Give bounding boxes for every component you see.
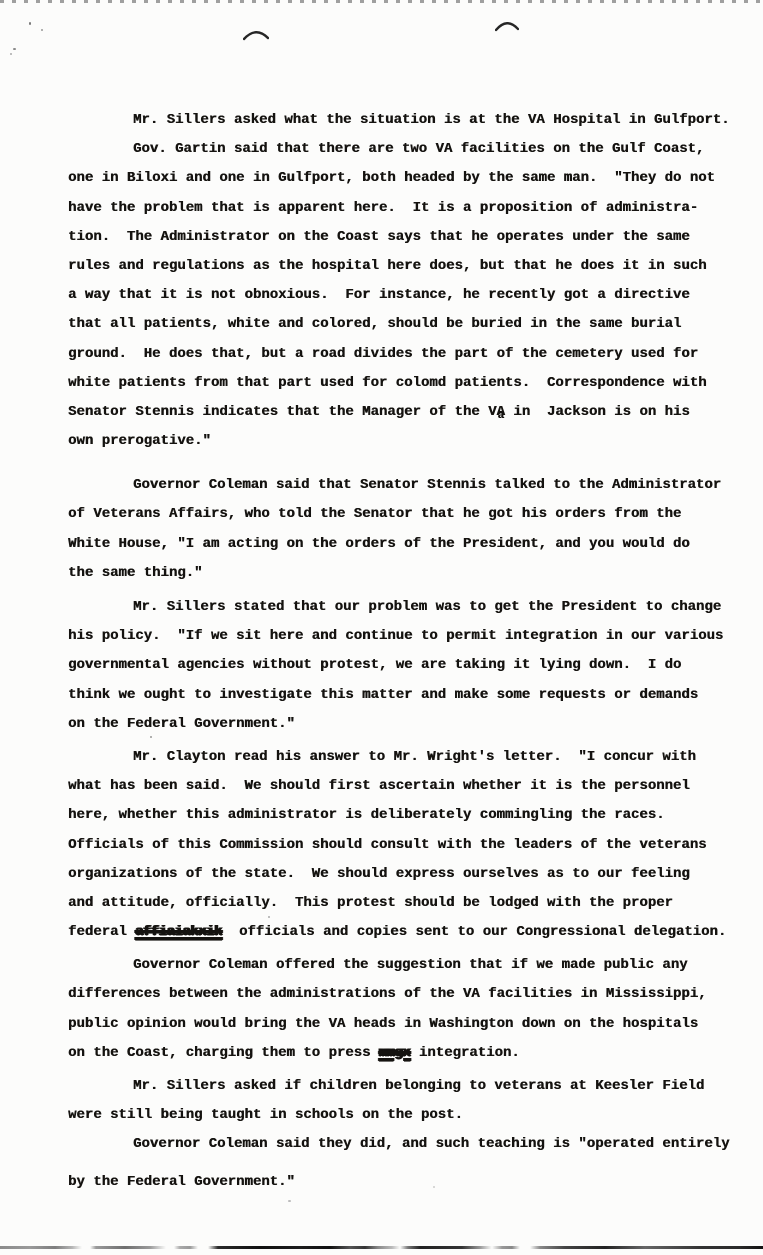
scan-speck <box>29 22 31 25</box>
text-segment: public opinion would bring the VA heads … <box>68 1016 698 1032</box>
text-line: of Veterans Affairs, who told the Senato… <box>68 500 748 529</box>
paragraph: Mr. Clayton read his answer to Mr. Wrigh… <box>68 743 748 947</box>
text-line: Mr. Sillers asked what the situation is … <box>68 106 748 135</box>
text-line: governmental agencies without protest, w… <box>68 651 748 680</box>
overstruck-character: Aa <box>496 398 504 427</box>
text-line: Mr. Sillers stated that our problem was … <box>68 593 748 622</box>
text-segment: Governor Coleman said that Senator Stenn… <box>133 477 721 493</box>
text-line: think we ought to investigate this matte… <box>68 681 748 710</box>
text-segment: what has been said. We should first asce… <box>68 778 690 794</box>
text-segment: integration. <box>410 1045 519 1061</box>
paragraph: Mr. Sillers stated that our problem was … <box>68 593 748 739</box>
document-text: Mr. Sillers asked what the situation is … <box>68 106 748 1197</box>
text-segment: in Jackson is on his <box>505 404 690 420</box>
text-line: Mr. Sillers asked if children belonging … <box>68 1072 748 1101</box>
text-segment: here, whether this administrator is deli… <box>68 807 665 823</box>
text-line: ground. He does that, but a road divides… <box>68 340 748 369</box>
scan-speck <box>288 1200 291 1202</box>
text-segment: by the Federal Government." <box>68 1174 295 1190</box>
paragraph: Mr. Sillers asked if children belonging … <box>68 1072 748 1130</box>
text-segment: and attitude, officially. This protest s… <box>68 895 673 911</box>
text-segment: on the Coast, charging them to press <box>68 1045 379 1061</box>
text-segment: have the problem that is apparent here. … <box>68 200 698 216</box>
paragraph: Governor Coleman said they did, and such… <box>68 1130 748 1159</box>
paragraph: by the Federal Government." <box>68 1168 748 1197</box>
text-segment: a way that it is not obnoxious. For inst… <box>68 287 690 303</box>
text-line: own prerogative." <box>68 427 748 456</box>
text-line: on the Coast, charging them to press mmg… <box>68 1039 748 1068</box>
text-segment: the same thing." <box>68 565 202 581</box>
scan-speck <box>10 53 12 55</box>
text-segment: ground. He does that, but a road divides… <box>68 346 698 362</box>
text-line: on the Federal Government." <box>68 710 748 739</box>
text-line: Governor Coleman said they did, and such… <box>68 1130 748 1159</box>
text-line: were still being taught in schools on th… <box>68 1101 748 1130</box>
text-segment: rules and regulations as the hospital he… <box>68 258 707 274</box>
pen-arc-mark-left <box>243 29 269 43</box>
text-segment: tion. The Administrator on the Coast say… <box>68 229 690 245</box>
text-segment: Mr. Sillers asked what the situation is … <box>133 112 730 128</box>
text-segment: White House, "I am acting on the orders … <box>68 536 690 552</box>
text-line: differences between the administrations … <box>68 980 748 1009</box>
text-line: what has been said. We should first asce… <box>68 772 748 801</box>
scan-speck <box>433 1186 435 1188</box>
typo-correction-letter: a <box>497 411 504 422</box>
text-line: organizations of the state. We should ex… <box>68 860 748 889</box>
scan-edge-dotted-line <box>0 0 763 3</box>
text-line: Gov. Gartin said that there are two VA f… <box>68 135 748 164</box>
scan-edge-bottom-line <box>0 1246 763 1249</box>
text-line: white patients from that part used for c… <box>68 369 748 398</box>
text-segment: Senator Stennis indicates that the Manag… <box>68 404 496 420</box>
text-line: the same thing." <box>68 559 748 588</box>
text-line: a way that it is not obnoxious. For inst… <box>68 281 748 310</box>
text-segment: governmental agencies without protest, w… <box>68 657 681 673</box>
text-line: tion. The Administrator on the Coast say… <box>68 223 748 252</box>
text-line: by the Federal Government." <box>68 1168 748 1197</box>
text-segment: differences between the administrations … <box>68 986 707 1002</box>
text-segment: think we ought to investigate this matte… <box>68 687 698 703</box>
text-segment: were still being taught in schools on th… <box>68 1107 463 1123</box>
text-line: federal affiaiakxik officials and copies… <box>68 918 748 947</box>
text-line: public opinion would bring the VA heads … <box>68 1010 748 1039</box>
text-segment: organizations of the state. We should ex… <box>68 866 690 882</box>
scan-speck <box>150 736 152 738</box>
struck-out-text: mmgx <box>379 1045 411 1061</box>
text-segment: Mr. Sillers stated that our problem was … <box>133 599 721 615</box>
text-segment: one in Biloxi and one in Gulfport, both … <box>68 170 715 186</box>
text-segment: Governor Coleman said they did, and such… <box>133 1136 730 1152</box>
scan-speck <box>268 916 270 918</box>
text-segment: his policy. "If we sit here and continue… <box>68 628 723 644</box>
text-line: Governor Coleman said that Senator Stenn… <box>68 471 748 500</box>
text-line: Governor Coleman offered the suggestion … <box>68 951 748 980</box>
text-segment: Gov. Gartin said that there are two VA f… <box>133 141 704 157</box>
text-line: that all patients, white and colored, sh… <box>68 310 748 339</box>
text-line: White House, "I am acting on the orders … <box>68 530 748 559</box>
text-segment: of Veterans Affairs, who told the Senato… <box>68 506 681 522</box>
text-segment: Governor Coleman offered the suggestion … <box>133 957 688 973</box>
struck-out-text: affiaiakxik <box>135 924 222 940</box>
text-line: Officials of this Commission should cons… <box>68 831 748 860</box>
paragraph: Mr. Sillers asked what the situation is … <box>68 106 748 135</box>
scan-speck <box>13 48 16 50</box>
text-line: his policy. "If we sit here and continue… <box>68 622 748 651</box>
text-line: one in Biloxi and one in Gulfport, both … <box>68 164 748 193</box>
scan-speck <box>41 29 43 31</box>
text-segment: Mr. Sillers asked if children belonging … <box>133 1078 704 1094</box>
paragraph: Gov. Gartin said that there are two VA f… <box>68 135 748 456</box>
pen-arc-mark-right <box>495 20 519 34</box>
text-segment: white patients from that part used for c… <box>68 375 707 391</box>
text-segment: that all patients, white and colored, sh… <box>68 316 681 332</box>
text-line: and attitude, officially. This protest s… <box>68 889 748 918</box>
text-line: here, whether this administrator is deli… <box>68 801 748 830</box>
text-segment: Officials of this Commission should cons… <box>68 837 707 853</box>
text-line: rules and regulations as the hospital he… <box>68 252 748 281</box>
text-line: have the problem that is apparent here. … <box>68 194 748 223</box>
scanned-document-page: Mr. Sillers asked what the situation is … <box>0 0 763 1255</box>
paragraph: Governor Coleman offered the suggestion … <box>68 951 748 1068</box>
text-segment: on the Federal Government." <box>68 716 295 732</box>
text-line: Senator Stennis indicates that the Manag… <box>68 398 748 427</box>
text-segment: Mr. Clayton read his answer to Mr. Wrigh… <box>133 749 696 765</box>
text-segment: own prerogative." <box>68 433 211 449</box>
text-segment: federal <box>68 924 135 940</box>
paragraph: Governor Coleman said that Senator Stenn… <box>68 471 748 588</box>
text-line: Mr. Clayton read his answer to Mr. Wrigh… <box>68 743 748 772</box>
text-segment: officials and copies sent to our Congres… <box>222 924 726 940</box>
